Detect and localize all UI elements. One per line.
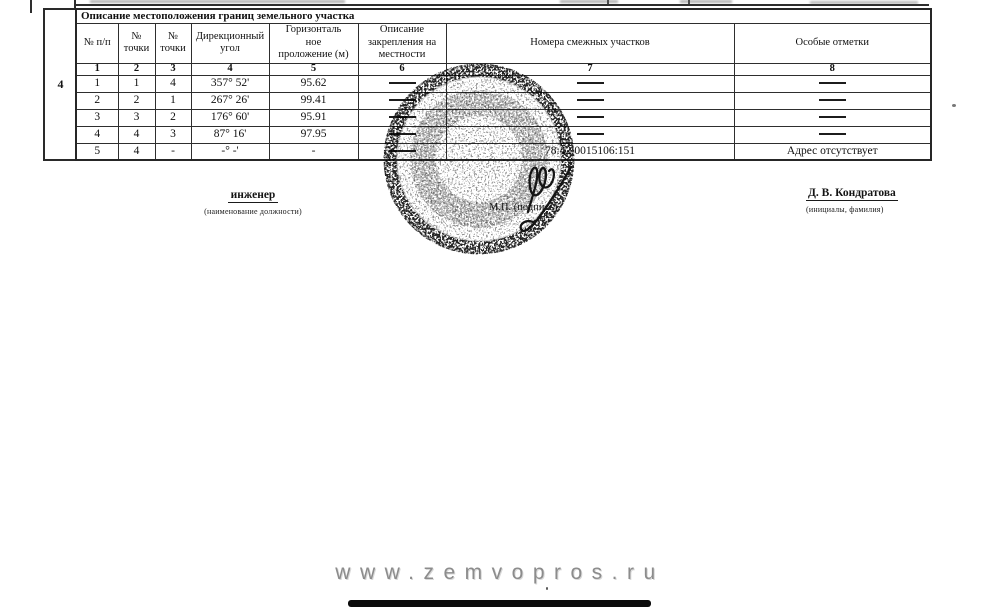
- dash-mark: [389, 116, 416, 118]
- data-cell: -: [269, 143, 358, 160]
- signer-name-block: Д. В. Кондратова (инициалы, фамилия): [798, 183, 938, 214]
- data-cell: 95.91: [269, 109, 358, 126]
- header-cell: Номера смежных участков: [446, 23, 734, 63]
- data-cell: 2: [76, 92, 118, 109]
- column-number-cell: 2: [118, 63, 155, 75]
- data-cell: 87° 16': [191, 126, 269, 143]
- stamp-place-label: М.П. (подпись): [489, 202, 557, 213]
- data-cell: 267° 26': [191, 92, 269, 109]
- dash-mark: [389, 82, 416, 84]
- remnant-line: [30, 0, 32, 13]
- dash-mark: [577, 116, 604, 118]
- data-cell: [734, 109, 931, 126]
- remnant-line: [76, 4, 929, 6]
- section-row-number: 4: [58, 77, 64, 92]
- data-cell: -: [155, 143, 191, 160]
- position-block: инженер (наименование должности): [188, 185, 318, 216]
- data-cell: 2: [155, 109, 191, 126]
- data-cell: 78:42:0015106:151: [446, 143, 734, 160]
- data-cell: [358, 126, 446, 143]
- boundary-description-table: Описание местоположения границ земельног…: [75, 8, 932, 161]
- position-caption: (наименование должности): [188, 207, 318, 216]
- data-cell: [358, 143, 446, 160]
- data-cell: 4: [155, 75, 191, 92]
- dash-mark: [577, 99, 604, 101]
- signer-name-caption: (инициалы, фамилия): [806, 205, 938, 214]
- dash-mark: [577, 133, 604, 135]
- column-number-cell: 7: [446, 63, 734, 75]
- position-title: инженер: [228, 189, 279, 203]
- data-cell: 2: [118, 92, 155, 109]
- site-watermark: www.zemvopros.ru: [0, 561, 1000, 585]
- data-cell: 95.62: [269, 75, 358, 92]
- data-cell: 97.95: [269, 126, 358, 143]
- data-cell: 3: [76, 109, 118, 126]
- data-cell: [358, 92, 446, 109]
- table-row: 221267° 26'99.41: [76, 92, 931, 109]
- dash-mark: [389, 150, 416, 152]
- data-cell: [358, 109, 446, 126]
- dash-mark: [819, 82, 846, 84]
- table-row: 44387° 16'97.95: [76, 126, 931, 143]
- data-cell: Адрес отсутствует: [734, 143, 931, 160]
- header-cell: № п/п: [76, 23, 118, 63]
- header-cell: № точки: [118, 23, 155, 63]
- scan-smudge: [560, 0, 618, 3]
- scan-speck: [952, 104, 956, 107]
- data-cell: 4: [118, 143, 155, 160]
- table-title: Описание местоположения границ земельног…: [76, 9, 931, 23]
- scan-smudge: [90, 0, 345, 3]
- header-cell: Особые отметки: [734, 23, 931, 63]
- redaction-bar: [348, 600, 651, 607]
- data-cell: 3: [155, 126, 191, 143]
- data-cell: 1: [76, 75, 118, 92]
- column-number-cell: 8: [734, 63, 931, 75]
- table-row: 114357° 52'95.62: [76, 75, 931, 92]
- data-cell: 1: [155, 92, 191, 109]
- column-number-cell: 5: [269, 63, 358, 75]
- dash-mark: [577, 82, 604, 84]
- header-cell: Горизонталь ное проложение (м): [269, 23, 358, 63]
- scan-smudge: [680, 0, 732, 3]
- data-cell: 4: [76, 126, 118, 143]
- data-cell: 1: [118, 75, 155, 92]
- column-number-cell: 4: [191, 63, 269, 75]
- data-cell: 4: [118, 126, 155, 143]
- data-cell: -° -': [191, 143, 269, 160]
- data-cell: 357° 52': [191, 75, 269, 92]
- section-row-number-cell: 4: [43, 8, 76, 161]
- data-cell: [734, 92, 931, 109]
- scan-speck: [546, 587, 548, 590]
- dash-mark: [819, 116, 846, 118]
- data-cell: [446, 92, 734, 109]
- data-cell: 99.41: [269, 92, 358, 109]
- data-cell: [446, 126, 734, 143]
- data-cell: [446, 109, 734, 126]
- scan-smudge: [810, 1, 918, 4]
- table-row: 54--° -'-78:42:0015106:151Адрес отсутств…: [76, 143, 931, 160]
- header-cell: № точки: [155, 23, 191, 63]
- data-cell: [358, 75, 446, 92]
- data-cell: 176° 60': [191, 109, 269, 126]
- column-number-cell: 6: [358, 63, 446, 75]
- data-cell: [734, 75, 931, 92]
- data-cell: 5: [76, 143, 118, 160]
- header-cell: Дирекционный угол: [191, 23, 269, 63]
- dash-mark: [819, 133, 846, 135]
- data-cell: [446, 75, 734, 92]
- data-cell: 3: [118, 109, 155, 126]
- data-cell: [734, 126, 931, 143]
- dash-mark: [389, 133, 416, 135]
- dash-mark: [819, 99, 846, 101]
- dash-mark: [389, 99, 416, 101]
- scanned-document-page: 4 Описание местоположения границ земельн…: [0, 0, 1000, 607]
- column-number-cell: 1: [76, 63, 118, 75]
- signer-name: Д. В. Кондратова: [806, 187, 898, 201]
- signature-scribble: [492, 158, 588, 242]
- header-cell: Описание закрепления на местности: [358, 23, 446, 63]
- table-row: 332176° 60'95.91: [76, 109, 931, 126]
- column-number-cell: 3: [155, 63, 191, 75]
